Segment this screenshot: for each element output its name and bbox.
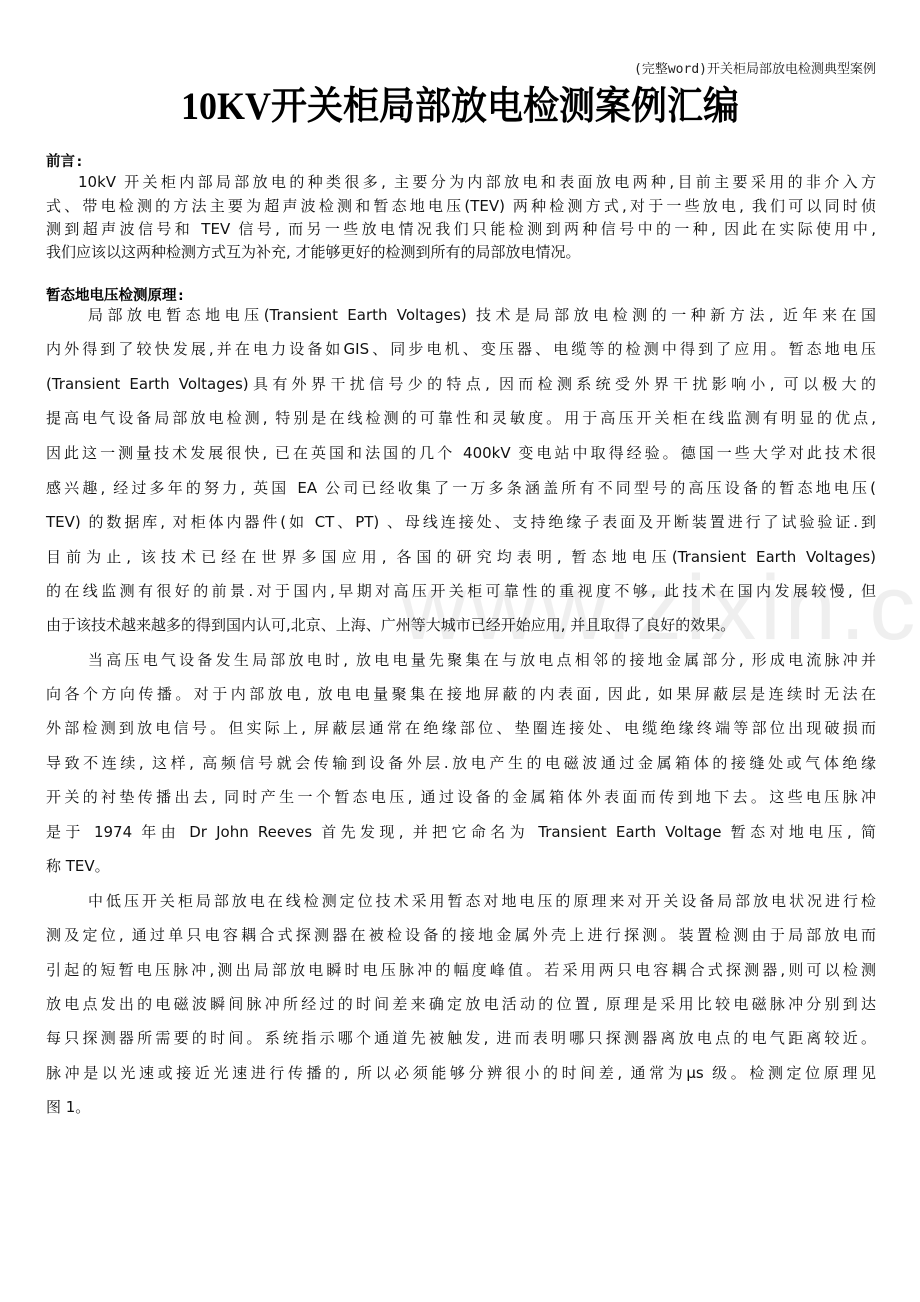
running-header: (完整word)开关柜局部放电检测典型案例 [634, 58, 876, 77]
paragraph-line: 引起的短暂电压脉冲,测出局部放电瞬时电压脉冲的幅度峰值。若采用两只电容耦合式探测… [46, 960, 876, 980]
paragraph-line: 目前为止, 该技术已经在世界多国应用, 各国的研究均表明, 暂态地电压(Tran… [46, 547, 876, 567]
paragraph-line: 外部检测到放电信号。但实际上, 屏蔽层通常在绝缘部位、垫圈连接处、电缆绝缘终端等… [46, 718, 876, 738]
paragraph-line: 局部放电暂态地电压(Transient Earth Voltages) 技术是局… [88, 305, 876, 325]
paragraph-line: 10kV 开关柜内部局部放电的种类很多, 主要分为内部放电和表面放电两种,目前主… [78, 172, 876, 192]
watermark: www.zixin.com.cn [400, 556, 920, 661]
paragraph-line: 开关的衬垫传播出去, 同时产生一个暂态电压, 通过设备的金属箱体外表面而传到地下… [46, 787, 876, 807]
paragraph-line: 感兴趣, 经过多年的努力, 英国 EA 公司已经收集了一万多条涵盖所有不同型号的… [46, 478, 876, 498]
paragraph-line: 当高压电气设备发生局部放电时, 放电电量先聚集在与放电点相邻的接地金属部分, 形… [88, 650, 876, 670]
document-title: 10KV开关柜局部放电检测案例汇编 [0, 76, 920, 131]
paragraph-line: 由于该技术越来越多的得到国内认可,北京、上海、广州等大城市已经开始应用, 并且取… [46, 615, 876, 635]
paragraph-line: 称 TEV。 [46, 856, 876, 876]
paragraph-line: 图 1。 [46, 1097, 876, 1117]
paragraph-line: 提高电气设备局部放电检测, 特别是在线检测的可靠性和灵敏度。用于高压开关柜在线监… [46, 408, 876, 428]
paragraph-line: 因此这一测量技术发展很快, 已在英国和法国的几个 400kV 变电站中取得经验。… [46, 443, 876, 463]
paragraph-line: 是于 1974 年由 Dr John Reeves 首先发现, 并把它命名为 T… [46, 822, 876, 842]
paragraph-line: 内外得到了较快发展,并在电力设备如GIS、同步电机、变压器、电缆等的检测中得到了… [46, 339, 876, 359]
section-heading-tev-principle: 暂态地电压检测原理: [46, 284, 185, 305]
paragraph-line: 每只探测器所需要的时间。系统指示哪个通道先被触发, 进而表明哪只探测器离放电点的… [46, 1028, 876, 1048]
document-page: www.zixin.com.cn (完整word)开关柜局部放电检测典型案例 1… [0, 0, 920, 1302]
paragraph-line: 式、带电检测的方法主要为超声波检测和暂态地电压(TEV) 两种检测方式,对于一些… [46, 196, 876, 216]
paragraph-line: 测到超声波信号和 TEV 信号, 而另一些放电情况我们只能检测到两种信号中的一种… [46, 219, 876, 239]
paragraph-line: TEV) 的数据库, 对柜体内器件(如 CT、PT) 、母线连接处、支持绝缘子表… [46, 512, 876, 532]
paragraph-line: 我们应该以这两种检测方式互为补充, 才能够更好的检测到所有的局部放电情况。 [46, 242, 876, 262]
paragraph-line: 中低压开关柜局部放电在线检测定位技术采用暂态对地电压的原理来对开关设备局部放电状… [88, 891, 876, 911]
paragraph-line: 导致不连续, 这样, 高频信号就会传输到设备外层.放电产生的电磁波通过金属箱体的… [46, 753, 876, 773]
paragraph-line: (Transient Earth Voltages)具有外界干扰信号少的特点, … [46, 374, 876, 394]
paragraph-line: 向各个方向传播。对于内部放电, 放电电量聚集在接地屏蔽的内表面, 因此, 如果屏… [46, 684, 876, 704]
paragraph-line: 的在线监测有很好的前景.对于国内,早期对高压开关柜可靠性的重视度不够, 此技术在… [46, 581, 876, 601]
paragraph-line: 脉冲是以光速或接近光速进行传播的, 所以必须能够分辨很小的时间差, 通常为μs … [46, 1063, 876, 1083]
paragraph-line: 放电点发出的电磁波瞬间脉冲所经过的时间差来确定放电活动的位置, 原理是采用比较电… [46, 994, 876, 1014]
paragraph-line: 测及定位, 通过单只电容耦合式探测器在被检设备的接地金属外壳上进行探测。装置检测… [46, 925, 876, 945]
section-heading-preface: 前言: [46, 150, 84, 171]
